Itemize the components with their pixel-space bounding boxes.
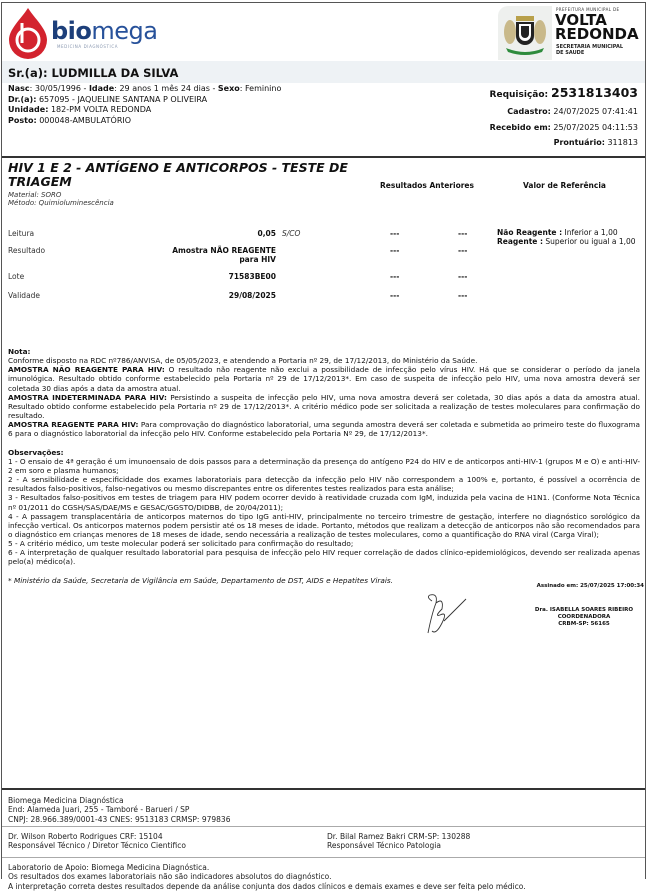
cadastro-label: Cadastro: bbox=[507, 107, 551, 116]
reference-header: Valor de Referência bbox=[523, 181, 606, 190]
prontuario-value: 311813 bbox=[607, 138, 638, 147]
section-divider bbox=[2, 156, 645, 158]
signature-image bbox=[422, 593, 472, 641]
reference-line: Reagente : Superior ou igual a 1,00 bbox=[497, 237, 637, 246]
nota-intro: Conforme disposto na RDC nº786/ANVISA, d… bbox=[8, 356, 640, 365]
lab-report-page: biomega MEDICINA DIAGNÓSTICA PREFEITURA … bbox=[1, 2, 646, 879]
sexo-value: Feminino bbox=[245, 84, 281, 93]
reference-line: Não Reagente : Inferior a 1,00 bbox=[497, 228, 637, 237]
posto-label: Posto: bbox=[8, 116, 37, 125]
signer-name: Dra. ISABELLA SOARES RIBEIRO bbox=[522, 607, 646, 614]
prontuario-label: Prontuário: bbox=[554, 138, 605, 147]
posto-value: 000048-AMBULATÓRIO bbox=[39, 116, 131, 125]
blood-drop-icon bbox=[7, 7, 49, 59]
footer-ids: CNPJ: 28.966.389/0001-43 CNES: 9513183 C… bbox=[8, 815, 639, 824]
prontuario-line: Prontuário: 311813 bbox=[490, 138, 638, 148]
recebido-label: Recebido em: bbox=[490, 123, 551, 132]
patient-info: Nasc: 30/05/1996 - Idade: 29 anos 1 mês … bbox=[8, 84, 281, 126]
nota-title: Nota: bbox=[8, 347, 30, 356]
unidade-line: Unidade: 182-PM VOLTA REDONDA bbox=[8, 105, 281, 116]
recebido-value: 25/07/2025 04:11:53 bbox=[553, 123, 638, 132]
patient-name: Sr.(a): LUDMILLA DA SILVA bbox=[8, 66, 178, 80]
reference-label: Reagente : bbox=[497, 237, 543, 246]
observation-item: 5 - A critério médico, um teste molecula… bbox=[8, 539, 640, 548]
logo-tagline: MEDICINA DIAGNÓSTICA bbox=[57, 45, 118, 50]
doctor-label: Dr.(a): bbox=[8, 95, 36, 104]
patient-demographics: Nasc: 30/05/1996 - Idade: 29 anos 1 mês … bbox=[8, 84, 281, 95]
disclaimer-2: Os resultados dos exames laboratoriais n… bbox=[8, 872, 639, 879]
logo-bold: bio bbox=[51, 17, 91, 45]
doctor-line: Dr.(a): 657095 - JAQUELINE SANTANA P OLI… bbox=[8, 95, 281, 106]
result-label: Resultado bbox=[8, 246, 45, 255]
spacer bbox=[8, 439, 640, 448]
requisicao-value: 2531813403 bbox=[551, 85, 638, 100]
footer-responsibles: Dr. Wilson Roberto Rodrigues CRF: 15104 … bbox=[2, 826, 645, 856]
previous-result-1: --- bbox=[390, 272, 399, 281]
partner-secretaria: SECRETARIA MUNICIPALDE SAUDE bbox=[556, 44, 623, 56]
logo-light: mega bbox=[91, 17, 157, 45]
requisicao-line: Requisição: 2531813403 bbox=[490, 85, 638, 101]
footer-disclaimer: Laboratorio de Apoio: Biomega Medicina D… bbox=[2, 857, 645, 879]
previous-result-1: --- bbox=[390, 246, 399, 255]
signer-block: Dra. ISABELLA SOARES RIBEIRO COORDENADOR… bbox=[522, 607, 646, 628]
unidade-label: Unidade: bbox=[8, 105, 48, 114]
exam-method: Método: Quimioluminescência bbox=[8, 199, 114, 207]
volta-redonda-logo: PREFEITURA MUNICIPAL DE VOLTAREDONDA SEC… bbox=[498, 6, 643, 60]
result-value: 29/08/2025 bbox=[152, 291, 276, 300]
responsible-2-role: Responsável Técnico Patologia bbox=[327, 841, 470, 850]
exam-title: HIV 1 E 2 - ANTÍGENO E ANTICORPOS - TEST… bbox=[8, 161, 348, 189]
nota-item-title: AMOSTRA REAGENTE PARA HIV: bbox=[8, 420, 138, 429]
exam-meta: Material: SORO Método: Quimioluminescênc… bbox=[8, 191, 114, 207]
nota-item-title: AMOSTRA INDETERMINADA PARA HIV: bbox=[8, 393, 167, 402]
responsible-1-role: Responsável Técnico / Diretor Técnico Ci… bbox=[8, 841, 639, 850]
request-info: Requisição: 2531813403 Cadastro: 24/07/2… bbox=[490, 85, 638, 154]
result-unit: S/CO bbox=[282, 229, 300, 238]
idade-value: 29 anos 1 mês 24 dias bbox=[119, 84, 209, 93]
footer-company: Biomega Medicina Diagnóstica End: Alamed… bbox=[2, 788, 645, 825]
disclaimer-1: Laboratorio de Apoio: Biomega Medicina D… bbox=[8, 863, 639, 872]
partner-line5: DE SAUDE bbox=[556, 50, 623, 56]
observacoes-title: Observações: bbox=[8, 448, 64, 457]
result-value: Amostra NÃO REAGENTE para HIV bbox=[152, 246, 276, 264]
partner-line3: REDONDA bbox=[555, 27, 639, 41]
biomega-wordmark: biomega bbox=[51, 17, 158, 46]
reference-text: Inferior a 1,00 bbox=[565, 228, 618, 237]
responsible-2-name: Dr. Bilal Ramez Bakri CRM-SP: 130288 bbox=[327, 832, 470, 841]
previous-result-2: --- bbox=[458, 229, 467, 238]
reference-label: Não Reagente : bbox=[497, 228, 562, 237]
result-label: Leitura bbox=[8, 229, 34, 238]
cadastro-value: 24/07/2025 07:41:41 bbox=[553, 107, 638, 116]
result-value: 71583BE00 bbox=[152, 272, 276, 281]
unidade-value: 182-PM VOLTA REDONDA bbox=[51, 105, 151, 114]
partner-city-name: VOLTAREDONDA bbox=[555, 13, 639, 41]
observation-item: 3 - Resultados falso-positivos em testes… bbox=[8, 493, 640, 511]
observation-item: 6 - A interpretação de qualquer resultad… bbox=[8, 548, 640, 566]
previous-result-2: --- bbox=[458, 246, 467, 255]
nota-item-title: AMOSTRA NÃO REAGENTE PARA HIV: bbox=[8, 365, 165, 374]
signer-registry: CRBM-SP: 56165 bbox=[522, 621, 646, 628]
nasc-label: Nasc bbox=[8, 84, 30, 93]
city-crest-icon bbox=[502, 12, 548, 56]
doctor-value: 657095 - JAQUELINE SANTANA P OLIVEIRA bbox=[39, 95, 207, 104]
footer-address: End: Alameda Juari, 255 - Tamboré - Baru… bbox=[8, 805, 639, 814]
reference-values: Não Reagente : Inferior a 1,00 Reagente … bbox=[497, 228, 637, 246]
requisicao-label: Requisição: bbox=[490, 90, 549, 100]
previous-result-1: --- bbox=[390, 229, 399, 238]
idade-label: Idade bbox=[89, 84, 114, 93]
report-header: biomega MEDICINA DIAGNÓSTICA PREFEITURA … bbox=[2, 3, 645, 61]
observation-item: 2 - A sensibilidade e especificidade dos… bbox=[8, 475, 640, 493]
result-value: 0,05 bbox=[152, 229, 276, 238]
recebido-line: Recebido em: 25/07/2025 04:11:53 bbox=[490, 123, 638, 133]
observation-item: 4 - A passagem transplacentária de antic… bbox=[8, 512, 640, 539]
exam-material: Material: SORO bbox=[8, 191, 114, 199]
observation-item: 1 - O ensaio de 4ª geração é um imunoens… bbox=[8, 457, 640, 475]
previous-result-2: --- bbox=[458, 291, 467, 300]
notes-section: Nota: Conforme disposto na RDC nº786/ANV… bbox=[8, 347, 640, 585]
signer-role: COORDENADORA bbox=[522, 614, 646, 621]
nota-item: AMOSTRA NÃO REAGENTE PARA HIV: O resulta… bbox=[8, 365, 640, 392]
responsible-1-name: Dr. Wilson Roberto Rodrigues CRF: 15104 bbox=[8, 832, 639, 841]
result-label: Lote bbox=[8, 272, 24, 281]
cadastro-line: Cadastro: 24/07/2025 07:41:41 bbox=[490, 107, 638, 117]
patient-name-band: Sr.(a): LUDMILLA DA SILVA bbox=[2, 61, 645, 83]
previous-result-1: --- bbox=[390, 291, 399, 300]
previous-results-header: Resultados Anteriores bbox=[380, 181, 474, 190]
previous-result-2: --- bbox=[458, 272, 467, 281]
signed-at: Assinado em: 25/07/2025 17:00:34 bbox=[537, 583, 644, 590]
posto-line: Posto: 000048-AMBULATÓRIO bbox=[8, 116, 281, 127]
reference-text: Superior ou igual a 1,00 bbox=[545, 237, 635, 246]
responsible-2: Dr. Bilal Ramez Bakri CRM-SP: 130288 Res… bbox=[327, 832, 470, 851]
biomega-logo: biomega MEDICINA DIAGNÓSTICA bbox=[7, 7, 147, 59]
footer-company-name: Biomega Medicina Diagnóstica bbox=[8, 796, 639, 805]
result-label: Validade bbox=[8, 291, 40, 300]
nota-item: AMOSTRA REAGENTE PARA HIV: Para comprova… bbox=[8, 420, 640, 438]
spacer bbox=[8, 567, 640, 576]
sexo-label: Sexo bbox=[218, 84, 240, 93]
nasc-value: 30/05/1996 bbox=[35, 84, 81, 93]
nota-item: AMOSTRA INDETERMINADA PARA HIV: Persisti… bbox=[8, 393, 640, 420]
